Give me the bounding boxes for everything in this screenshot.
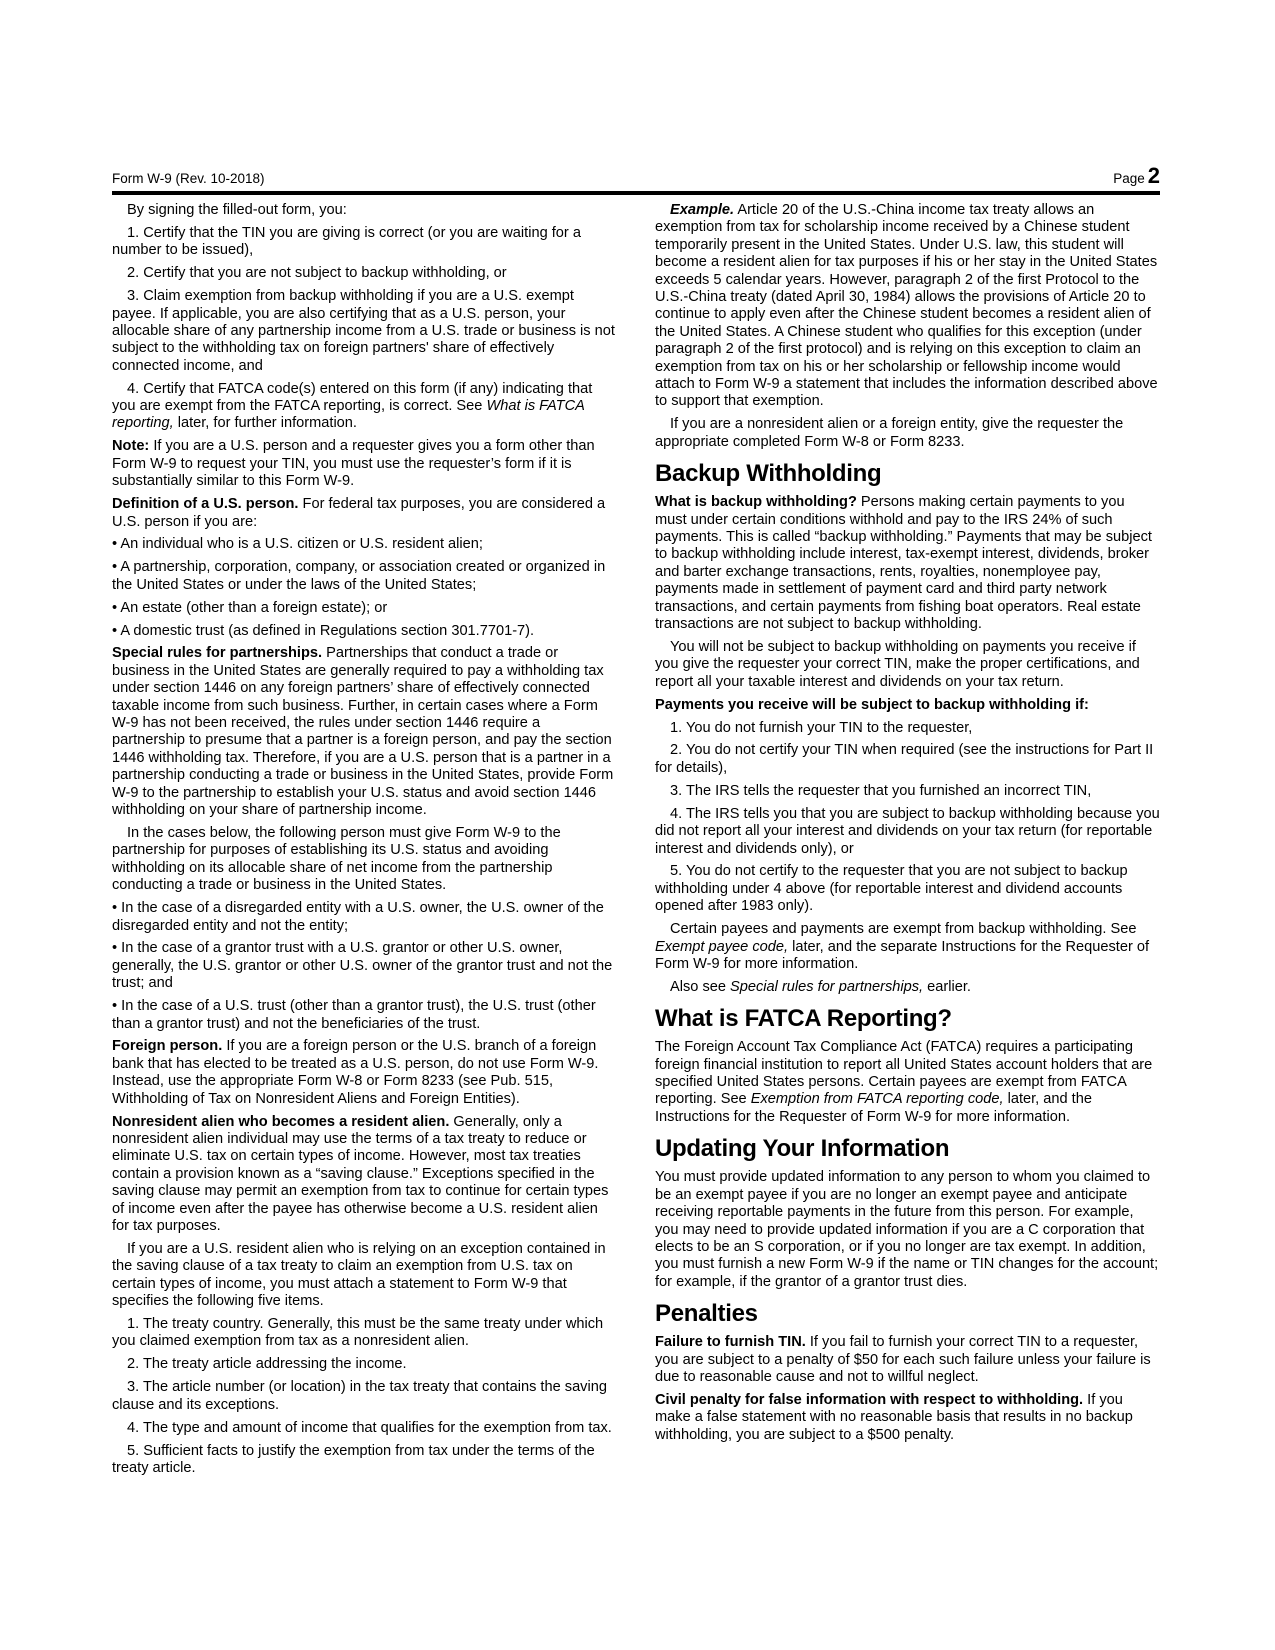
text-run: • An individual who is a U.S. citizen or… <box>112 536 483 552</box>
text-run: You must provide updated information to … <box>655 1169 1158 1289</box>
text-run: later, for further information. <box>174 415 357 431</box>
text-run: Payments you receive will be subject to … <box>655 697 1089 713</box>
paragraph: Also see Special rules for partnerships,… <box>655 979 1160 996</box>
paragraph: If you are a U.S. resident alien who is … <box>112 1241 617 1311</box>
bullet-item: • A domestic trust (as defined in Regula… <box>112 623 617 640</box>
paragraph: What is backup withholding? Persons maki… <box>655 494 1160 633</box>
text-run: Penalties <box>655 1300 758 1327</box>
text-run: Foreign person. <box>112 1038 222 1054</box>
paragraph: You will not be subject to backup withho… <box>655 639 1160 691</box>
paragraph: 5. Sufficient facts to justify the exemp… <box>112 1443 617 1478</box>
bullet-item: • In the case of a grantor trust with a … <box>112 940 617 992</box>
paragraph: Definition of a U.S. person. For federal… <box>112 496 617 531</box>
text-run: Special rules for partnerships. <box>112 645 322 661</box>
bullet-item: • A partnership, corporation, company, o… <box>112 559 617 594</box>
paragraph: 4. The type and amount of income that qu… <box>112 1420 617 1437</box>
paragraph: Note: If you are a U.S. person and a req… <box>112 438 617 490</box>
text-run: Article 20 of the U.S.-China income tax … <box>655 202 1158 409</box>
text-run: If you are a U.S. person and a requester… <box>112 438 595 489</box>
section-heading: Backup Withholding <box>655 461 1160 487</box>
text-run: • In the case of a U.S. trust (other tha… <box>112 998 596 1031</box>
text-run: What is FATCA Reporting? <box>655 1005 952 1032</box>
section-heading: What is FATCA Reporting? <box>655 1006 1160 1032</box>
paragraph: The Foreign Account Tax Compliance Act (… <box>655 1039 1160 1126</box>
text-run: Exemption from FATCA reporting code, <box>751 1091 1004 1107</box>
form-revision-label: Form W-9 (Rev. 10-2018) <box>112 171 265 187</box>
paragraph: 4. Certify that FATCA code(s) entered on… <box>112 381 617 433</box>
text-run: 3. The IRS tells the requester that you … <box>670 783 1091 799</box>
text-run: • In the case of a grantor trust with a … <box>112 940 612 991</box>
bullet-item: • An individual who is a U.S. citizen or… <box>112 536 617 553</box>
text-run: • A domestic trust (as defined in Regula… <box>112 623 534 639</box>
paragraph: 1. The treaty country. Generally, this m… <box>112 1316 617 1351</box>
text-run: Partnerships that conduct a trade or bus… <box>112 645 613 818</box>
text-run: earlier. <box>923 979 971 995</box>
text-run: Updating Your Information <box>655 1135 949 1162</box>
paragraph: Special rules for partnerships. Partners… <box>112 645 617 819</box>
left-column: By signing the filled-out form, you:1. C… <box>112 202 617 1483</box>
text-run: 3. The article number (or location) in t… <box>112 1379 607 1412</box>
bullet-item: • An estate (other than a foreign estate… <box>112 600 617 617</box>
text-run: 5. You do not certify to the requester t… <box>655 863 1128 914</box>
page-word: Page <box>1113 171 1145 186</box>
text-run: • In the case of a disregarded entity wi… <box>112 900 604 933</box>
w9-instructions-page-2: Form W-9 (Rev. 10-2018) Page2 By signing… <box>0 0 1275 1650</box>
text-run: Persons making certain payments to you m… <box>655 494 1152 632</box>
text-run: 4. The IRS tells you that you are subjec… <box>655 806 1160 857</box>
paragraph: 2. The treaty article addressing the inc… <box>112 1356 617 1373</box>
section-heading: Updating Your Information <box>655 1136 1160 1162</box>
text-run: You will not be subject to backup withho… <box>655 639 1140 690</box>
text-run: • A partnership, corporation, company, o… <box>112 559 605 592</box>
paragraph: Nonresident alien who becomes a resident… <box>112 1114 617 1236</box>
page-indicator: Page2 <box>1113 168 1160 187</box>
two-column-body: By signing the filled-out form, you:1. C… <box>112 202 1160 1483</box>
page-number: 2 <box>1148 163 1160 188</box>
paragraph: 3. Claim exemption from backup withholdi… <box>112 288 617 375</box>
text-run: 2. Certify that you are not subject to b… <box>127 265 507 281</box>
text-run: Note: <box>112 438 149 454</box>
paragraph: By signing the filled-out form, you: <box>112 202 617 219</box>
paragraph: 3. The IRS tells the requester that you … <box>655 783 1160 800</box>
text-run: 3. Claim exemption from backup withholdi… <box>112 288 615 374</box>
text-run: 4. The type and amount of income that qu… <box>127 1420 612 1436</box>
text-run: 2. You do not certify your TIN when requ… <box>655 742 1153 775</box>
paragraph: 1. You do not furnish your TIN to the re… <box>655 720 1160 737</box>
text-run: 1. Certify that the TIN you are giving i… <box>112 225 581 258</box>
text-run: In the cases below, the following person… <box>112 825 561 893</box>
text-run: 5. Sufficient facts to justify the exemp… <box>112 1443 595 1476</box>
paragraph: In the cases below, the following person… <box>112 825 617 895</box>
text-run: If you are a U.S. resident alien who is … <box>112 1241 606 1309</box>
text-run: Failure to furnish TIN. <box>655 1334 806 1350</box>
bullet-item: • In the case of a disregarded entity wi… <box>112 900 617 935</box>
text-run: 2. The treaty article addressing the inc… <box>127 1356 407 1372</box>
paragraph: Civil penalty for false information with… <box>655 1392 1160 1444</box>
text-run: Civil penalty for false information with… <box>655 1392 1083 1408</box>
paragraph: 1. Certify that the TIN you are giving i… <box>112 225 617 260</box>
text-run: 1. The treaty country. Generally, this m… <box>112 1316 603 1349</box>
text-run: 1. You do not furnish your TIN to the re… <box>670 720 972 736</box>
paragraph: 2. You do not certify your TIN when requ… <box>655 742 1160 777</box>
text-run: Exempt payee code, <box>655 939 788 955</box>
paragraph: You must provide updated information to … <box>655 1169 1160 1291</box>
paragraph: Failure to furnish TIN. If you fail to f… <box>655 1334 1160 1386</box>
paragraph: 4. The IRS tells you that you are subjec… <box>655 806 1160 858</box>
text-run: Special rules for partnerships, <box>730 979 923 995</box>
text-run: Certain payees and payments are exempt f… <box>670 921 1136 937</box>
right-column: Example. Article 20 of the U.S.-China in… <box>655 202 1160 1483</box>
text-run: Generally, only a nonresident alien indi… <box>112 1114 608 1234</box>
bullet-item: • In the case of a U.S. trust (other tha… <box>112 998 617 1033</box>
text-run: Also see <box>670 979 730 995</box>
text-run: What is backup withholding? <box>655 494 857 510</box>
paragraph: Certain payees and payments are exempt f… <box>655 921 1160 973</box>
paragraph: If you are a nonresident alien or a fore… <box>655 416 1160 451</box>
paragraph: 2. Certify that you are not subject to b… <box>112 265 617 282</box>
text-run: Nonresident alien who becomes a resident… <box>112 1114 449 1130</box>
section-heading: Penalties <box>655 1301 1160 1327</box>
paragraph: 5. You do not certify to the requester t… <box>655 863 1160 915</box>
paragraph: 3. The article number (or location) in t… <box>112 1379 617 1414</box>
text-run: Backup Withholding <box>655 460 881 487</box>
text-run: Example. <box>670 202 734 218</box>
text-run: Definition of a U.S. person. <box>112 496 298 512</box>
text-run: • An estate (other than a foreign estate… <box>112 600 387 616</box>
paragraph: Foreign person. If you are a foreign per… <box>112 1038 617 1108</box>
text-run: By signing the filled-out form, you: <box>127 202 347 218</box>
paragraph: Example. Article 20 of the U.S.-China in… <box>655 202 1160 411</box>
page-header: Form W-9 (Rev. 10-2018) Page2 <box>112 168 1160 195</box>
text-run: If you are a nonresident alien or a fore… <box>655 416 1123 449</box>
paragraph: Payments you receive will be subject to … <box>655 697 1160 714</box>
